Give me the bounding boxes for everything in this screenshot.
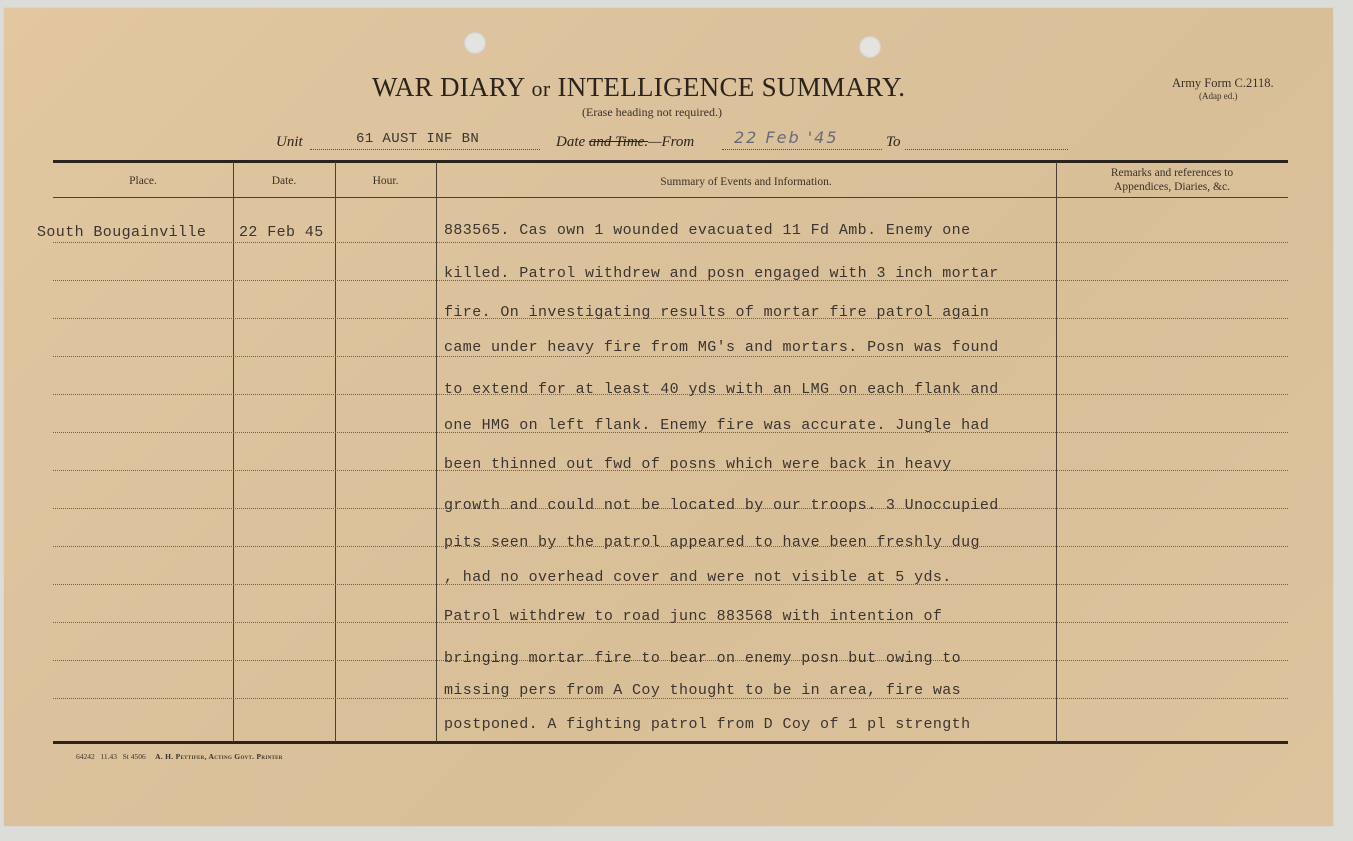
column-header-date: Date.	[233, 175, 335, 187]
summary-line: pits seen by the patrol appeared to have…	[444, 534, 980, 551]
summary-line: missing pers from A Coy thought to be in…	[444, 682, 961, 699]
summary-line: Patrol withdrew to road junc 883568 with…	[444, 608, 942, 625]
punch-hole-right	[859, 36, 881, 58]
table-bottom-border	[53, 741, 1288, 744]
title-or: or	[532, 76, 551, 101]
summary-line: been thinned out fwd of posns which were…	[444, 456, 952, 473]
column-divider-place-date	[233, 162, 234, 742]
army-form-number: Army Form C.2118.	[1172, 76, 1274, 91]
summary-line: 883565. Cas own 1 wounded evacuated 11 F…	[444, 222, 970, 239]
summary-line: to extend for at least 40 yds with an LM…	[444, 381, 999, 398]
summary-line: postponed. A fighting patrol from D Coy …	[444, 716, 970, 733]
title-war-diary: WAR DIARY	[372, 72, 524, 102]
punch-hole-left	[464, 32, 486, 54]
unit-label: Unit	[276, 134, 303, 151]
date-label-prefix: Date	[556, 134, 589, 150]
printer-footer: 64242 11.43 St 4506 A. H. Pettifer, Acti…	[76, 752, 283, 761]
date-label-from: —From	[648, 134, 694, 150]
date-label: Date and Time.—From	[556, 134, 694, 151]
to-label: To	[886, 134, 900, 151]
summary-line: , had no overhead cover and were not vis…	[444, 569, 952, 586]
footer-printer: A. H. Pettifer, Acting Govt. Printer	[155, 752, 283, 761]
date-from-value: 22 Feb '45	[734, 128, 839, 147]
column-divider-summary-remarks	[1056, 162, 1057, 742]
title-intelligence-summary: INTELLIGENCE SUMMARY.	[558, 72, 906, 102]
date-label-struck: and Time.	[589, 134, 648, 150]
column-header-hour: Hour.	[335, 175, 436, 187]
column-divider-hour-summary	[436, 162, 437, 742]
summary-line: came under heavy fire from MG's and mort…	[444, 339, 999, 356]
unit-underline	[310, 149, 540, 150]
header-bottom-border	[53, 197, 1288, 198]
entry-place: South Bougainville	[37, 224, 206, 241]
from-underline	[722, 149, 882, 150]
column-divider-date-hour	[335, 162, 336, 742]
summary-line: bringing mortar fire to bear on enemy po…	[444, 650, 961, 667]
footer-codes: 64242 11.43 St 4506	[76, 752, 146, 761]
summary-line: fire. On investigating results of mortar…	[444, 304, 989, 321]
column-header-place: Place.	[53, 175, 233, 187]
form-title: WAR DIARY or INTELLIGENCE SUMMARY.	[372, 72, 905, 103]
column-header-remarks: Remarks and references to Appendices, Di…	[1056, 166, 1288, 194]
summary-line: growth and could not be located by our t…	[444, 497, 999, 514]
unit-value: 61 AUST INF BN	[356, 131, 479, 147]
column-header-summary: Summary of Events and Information.	[436, 176, 1056, 188]
entry-date: 22 Feb 45	[239, 224, 324, 241]
remarks-header-line2: Appendices, Diaries, &c.	[1056, 180, 1288, 194]
army-form-adapted: (Adap ed.)	[1199, 91, 1237, 101]
to-underline	[905, 149, 1068, 150]
form-subtitle: (Erase heading not required.)	[582, 105, 722, 120]
remarks-header-line1: Remarks and references to	[1056, 166, 1288, 180]
summary-line: one HMG on left flank. Enemy fire was ac…	[444, 417, 989, 434]
summary-line: killed. Patrol withdrew and posn engaged…	[444, 265, 999, 282]
table-top-border	[53, 160, 1288, 163]
